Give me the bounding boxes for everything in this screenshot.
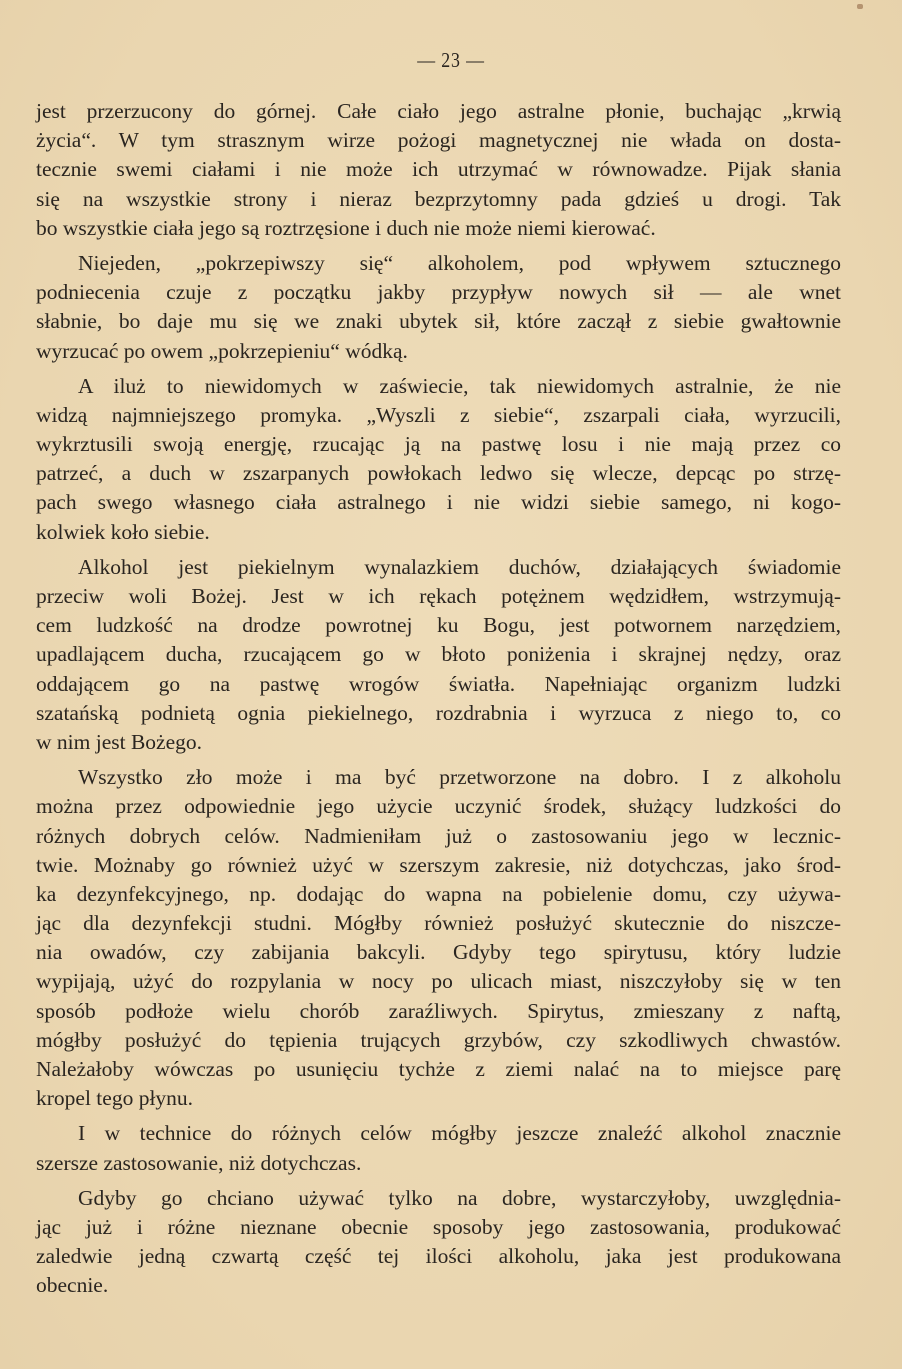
text-line: patrzeć, a duch w zszarpanych powłokach … bbox=[36, 459, 841, 488]
text-line: szersze zastosowanie, niż dotychczas. bbox=[36, 1149, 841, 1178]
text-line: można przez odpowiednie jego użycie uczy… bbox=[36, 792, 841, 821]
page-number: — 23 — bbox=[68, 48, 835, 73]
text-line: I w technice do różnych celów mógłby jes… bbox=[36, 1119, 841, 1148]
text-line: jąc już i różne nieznane obecnie sposoby… bbox=[36, 1213, 841, 1242]
text-line: jest przerzucony do górnej. Całe ciało j… bbox=[36, 97, 841, 126]
text-line: kropel tego płynu. bbox=[36, 1084, 841, 1113]
text-line: widzą najmniejszego promyka. „Wyszli z s… bbox=[36, 401, 841, 430]
paragraph: Niejeden, „pokrzepiwszy się“ alkoholem, … bbox=[36, 249, 841, 366]
text-line: oddającem go na pastwę wrogów światła. N… bbox=[36, 670, 841, 699]
text-line: szatańską podnietą ognia piekielnego, ro… bbox=[36, 699, 841, 728]
text-line: ka dezynfekcyjnego, np. dodając do wapna… bbox=[36, 880, 841, 909]
text-line: przeciw woli Bożej. Jest w ich rękach po… bbox=[36, 582, 841, 611]
paper-speck bbox=[857, 4, 863, 9]
text-line: jąc dla dezynfekcji studni. Mógłby równi… bbox=[36, 909, 841, 938]
paragraph: Gdyby go chciano używać tylko na dobre, … bbox=[36, 1184, 841, 1301]
text-line: tecznie swemi ciałami i nie może ich utr… bbox=[36, 155, 841, 184]
text-line: pach swego własnego ciała astralnego i n… bbox=[36, 488, 841, 517]
text-line: A iluż to niewidomych w zaświecie, tak n… bbox=[36, 372, 841, 401]
text-line: się na wszystkie strony i nieraz bezprzy… bbox=[36, 185, 841, 214]
text-line: kolwiek koło siebie. bbox=[36, 518, 841, 547]
text-line: wypijają, użyć do rozpylania w nocy po u… bbox=[36, 967, 841, 996]
paragraph: A iluż to niewidomych w zaświecie, tak n… bbox=[36, 372, 841, 547]
text-line: wykrztusili swoją energję, rzucając ją n… bbox=[36, 430, 841, 459]
text-line: nia owadów, czy zabijania bakcyli. Gdyby… bbox=[36, 938, 841, 967]
text-line: Niejeden, „pokrzepiwszy się“ alkoholem, … bbox=[36, 249, 841, 278]
body-text: jest przerzucony do górnej. Całe ciało j… bbox=[36, 97, 841, 1301]
text-line: Wszystko zło może i ma być przetworzone … bbox=[36, 763, 841, 792]
paragraph: Alkohol jest piekielnym wynalazkiem duch… bbox=[36, 553, 841, 757]
text-line: cem ludzkość na drodze powrotnej ku Bogu… bbox=[36, 611, 841, 640]
text-line: słabnie, bo daje mu się we znaki ubytek … bbox=[36, 307, 841, 336]
text-line: wyrzucać po owem „pokrzepieniu“ wódką. bbox=[36, 337, 841, 366]
text-line: Gdyby go chciano używać tylko na dobre, … bbox=[36, 1184, 841, 1213]
text-line: mógłby posłużyć do tępienia trujących gr… bbox=[36, 1026, 841, 1055]
text-line: zaledwie jedną czwartą część tej ilości … bbox=[36, 1242, 841, 1271]
text-line: podniecenia czuje z początku jakby przyp… bbox=[36, 278, 841, 307]
paragraph: Wszystko zło może i ma być przetworzone … bbox=[36, 763, 841, 1113]
text-line: różnych dobrych celów. Nadmieniłam już o… bbox=[36, 822, 841, 851]
text-line: obecnie. bbox=[36, 1271, 841, 1300]
book-page: — 23 — jest przerzucony do górnej. Całe … bbox=[0, 0, 902, 1369]
text-line: sposób podłoże wielu chorób zaraźliwych.… bbox=[36, 997, 841, 1026]
text-line: życia“. W tym strasznym wirze pożogi mag… bbox=[36, 126, 841, 155]
paragraph: I w technice do różnych celów mógłby jes… bbox=[36, 1119, 841, 1177]
text-line: bo wszystkie ciała jego są roztrzęsione … bbox=[36, 214, 841, 243]
text-line: twie. Możnaby go również użyć w szerszym… bbox=[36, 851, 841, 880]
text-line: w nim jest Bożego. bbox=[36, 728, 841, 757]
paragraph: jest przerzucony do górnej. Całe ciało j… bbox=[36, 97, 841, 243]
text-line: Alkohol jest piekielnym wynalazkiem duch… bbox=[36, 553, 841, 582]
text-line: Należałoby wówczas po usunięciu tychże z… bbox=[36, 1055, 841, 1084]
text-line: upadlającem ducha, rzucającem go w błoto… bbox=[36, 640, 841, 669]
